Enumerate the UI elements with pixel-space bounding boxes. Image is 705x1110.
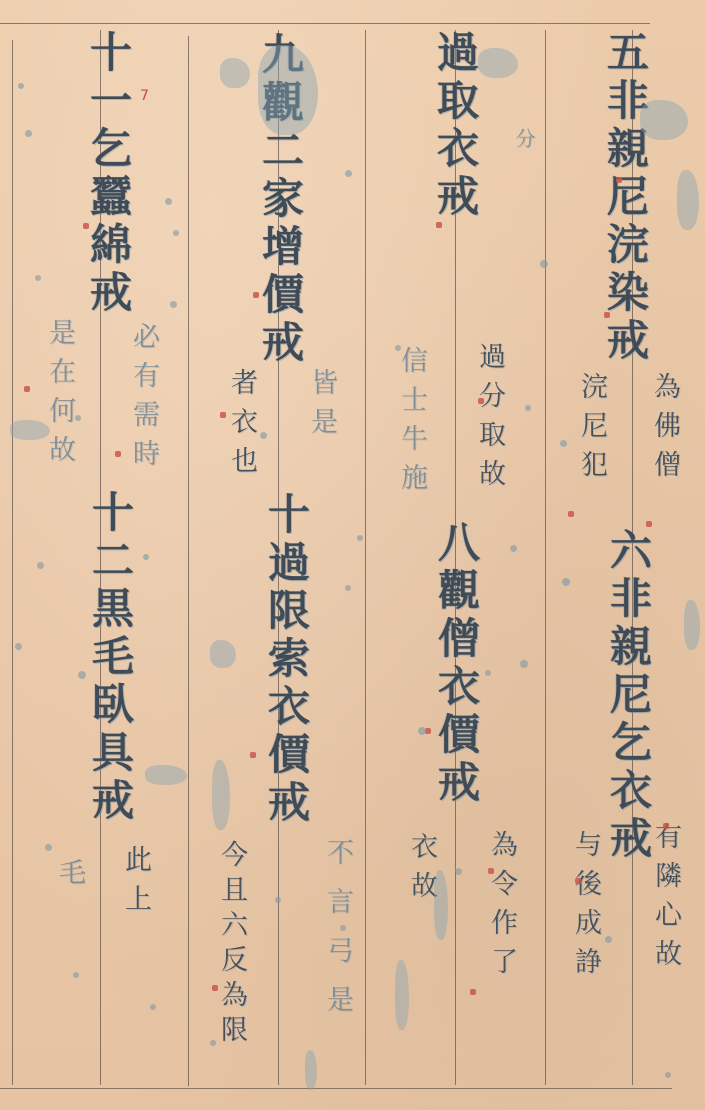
column-2-note-text: 信士牛施 <box>396 346 427 502</box>
red-punctuation-mark <box>250 752 256 758</box>
column-rule <box>545 30 546 1085</box>
column-4-note-text: 必有需時 <box>128 322 159 478</box>
column-4-heading: 十一乞蠶綿戒 <box>78 30 138 318</box>
column-3-note-text: 者衣也 <box>226 368 257 485</box>
column-3-lower-heading: 十過限索衣價戒 <box>256 492 316 828</box>
column-3-lower-note-text: 今且六反為限 <box>216 840 247 1050</box>
red-punctuation-mark <box>604 312 610 318</box>
column-3-note-left: 者衣也 <box>222 368 261 485</box>
column-1-note-right: 為佛僧 <box>645 372 684 489</box>
column-1-lower-heading-text: 六非親尼乞衣 <box>604 528 653 816</box>
red-punctuation-mark <box>115 451 121 457</box>
column-3-heading-tail: 戒 <box>256 320 305 368</box>
ink-spot <box>485 670 491 676</box>
red-punctuation-mark <box>663 823 669 829</box>
ink-blot <box>478 48 518 78</box>
ink-spot <box>345 585 351 591</box>
red-punctuation-mark <box>646 521 652 527</box>
column-4-heading-text: 十一乞蠶綿 <box>84 30 133 270</box>
column-4-lower-heading-text: 十二黒毛臥具 <box>86 490 135 778</box>
column-4-note-text: 是在何故 <box>44 318 75 474</box>
ink-spot <box>150 1004 156 1010</box>
red-punctuation-mark <box>575 878 581 884</box>
column-4-lower-note-text: 此上 <box>120 845 151 923</box>
column-rule <box>12 40 13 1085</box>
column-2-note-text: 過分取故 <box>474 342 505 498</box>
ink-blot <box>210 640 236 668</box>
ink-spot <box>260 432 267 439</box>
top-frame-line <box>0 23 650 24</box>
column-4-lower-note-right: 此上 <box>116 845 155 923</box>
column-1-lower-note-left: 与後成諍 <box>566 830 605 986</box>
red-punctuation-mark <box>616 177 622 183</box>
red-punctuation-mark <box>488 868 494 874</box>
ink-spot <box>665 1072 671 1078</box>
ink-blot <box>677 170 699 230</box>
ink-blot <box>10 420 50 440</box>
column-3-note-right: 皆是 <box>302 368 341 446</box>
column-1-lower-note-right: 有隣心故 <box>646 822 685 978</box>
column-1-lower-note-text: 有隣心故 <box>650 822 681 978</box>
column-4-note-left: 是在何故 <box>40 318 79 474</box>
column-rule <box>188 36 189 1086</box>
column-1-heading-tail: 戒 <box>601 318 650 366</box>
column-2-lower-note-text: 衣故 <box>406 832 437 910</box>
column-2-lower-heading-text: 八觀僧衣價 <box>432 520 481 760</box>
column-rule <box>365 30 366 1085</box>
column-4-lower-heading: 十二黒毛臥具戒 <box>80 490 140 826</box>
column-1-note-left: 浣尼犯 <box>572 372 611 489</box>
column-2-heading-text: 過取衣戒 <box>431 30 480 222</box>
ink-spot <box>15 643 22 650</box>
bottom-frame-line <box>0 1088 672 1089</box>
ink-spot <box>210 1040 216 1046</box>
ink-spot <box>560 440 567 447</box>
ink-spot <box>165 198 172 205</box>
column-2-heading: 過取衣戒 <box>425 30 485 222</box>
red-punctuation-mark <box>478 398 484 404</box>
red-punctuation-mark <box>24 386 30 392</box>
column-3-lower-note-left: 今且六反為限 <box>212 840 251 1050</box>
column-1-lower-heading: 六非親尼乞衣戒 <box>598 528 658 864</box>
ink-spot <box>143 554 149 560</box>
column-2-side-mark: 分 <box>510 128 539 160</box>
column-4-note-right: 必有需時 <box>124 322 163 478</box>
column-1-note-text: 為佛僧 <box>649 372 680 489</box>
ink-spot <box>520 660 528 668</box>
column-3-lower-note-right: 不言弓是 <box>318 838 357 1034</box>
column-4-lower-heading-tail: 戒 <box>86 778 135 826</box>
column-4-lower-note-left: 毛 <box>50 858 89 897</box>
column-2-lower-note-text: 為令作了 <box>486 830 517 986</box>
column-2-note-right: 過分取故 <box>470 342 509 498</box>
ink-spot <box>605 936 612 943</box>
column-4-heading-tail: 戒 <box>84 270 133 318</box>
ink-blot <box>212 760 230 830</box>
column-1-lower-note-text: 与後成諍 <box>570 830 601 986</box>
ink-spot <box>525 405 531 411</box>
ink-blot <box>684 600 700 650</box>
red-punctuation-mark <box>568 511 574 517</box>
red-punctuation-mark <box>83 223 89 229</box>
column-2-side-mark-text: 分 <box>512 128 536 160</box>
ink-spot <box>395 345 401 351</box>
column-1-note-text: 浣尼犯 <box>576 372 607 489</box>
column-2-lower-note-right: 為令作了 <box>482 830 521 986</box>
ink-spot <box>170 301 177 308</box>
ink-spot <box>45 844 52 851</box>
ink-spot <box>540 260 548 268</box>
column-2-lower-heading-tail: 戒 <box>432 760 481 808</box>
red-punctuation-mark <box>470 989 476 995</box>
ink-spot <box>25 130 32 137</box>
column-3-note-text: 皆是 <box>306 368 337 446</box>
red-punctuation-mark <box>220 412 226 418</box>
ink-spot <box>35 275 41 281</box>
column-2-lower-heading: 八觀僧衣價戒 <box>426 520 486 808</box>
column-2-note-left: 信士牛施 <box>392 346 431 502</box>
ink-spot <box>275 897 281 903</box>
ink-blot <box>220 58 250 88</box>
ink-blot <box>640 100 688 140</box>
ink-spot <box>18 83 24 89</box>
column-1-heading-text: 五非親尼浣染 <box>601 30 650 318</box>
column-3-lower-heading-text: 十過限索衣價 <box>262 492 311 780</box>
ink-spot <box>418 727 426 735</box>
ink-spot <box>75 415 81 421</box>
ink-spot <box>173 230 179 236</box>
ink-blot <box>145 765 187 785</box>
ink-spot <box>562 578 570 586</box>
red-punctuation-mark <box>436 222 442 228</box>
red-punctuation-mark <box>212 985 218 991</box>
ink-spot <box>78 671 86 679</box>
ink-blot <box>395 960 409 1030</box>
ink-spot <box>455 868 462 875</box>
ink-spot <box>37 562 44 569</box>
ink-spot <box>340 925 346 931</box>
column-3-lower-note-text: 不言弓是 <box>322 838 353 1034</box>
ink-spot <box>345 170 352 177</box>
column-4-lower-note-text: 毛 <box>54 858 85 897</box>
page-mark: 7 <box>140 88 149 104</box>
column-3-lower-heading-tail: 戒 <box>262 780 311 828</box>
ink-blot <box>305 1050 317 1090</box>
red-punctuation-mark <box>253 292 259 298</box>
manuscript-page: 五非親尼浣染戒 浣尼犯 為佛僧 六非親尼乞衣戒 有隣心故 与後成諍 過取衣戒 分… <box>0 0 705 1110</box>
ink-spot <box>357 535 363 541</box>
ink-spot <box>510 545 517 552</box>
ink-spot <box>73 972 79 978</box>
ink-blot <box>434 870 448 940</box>
